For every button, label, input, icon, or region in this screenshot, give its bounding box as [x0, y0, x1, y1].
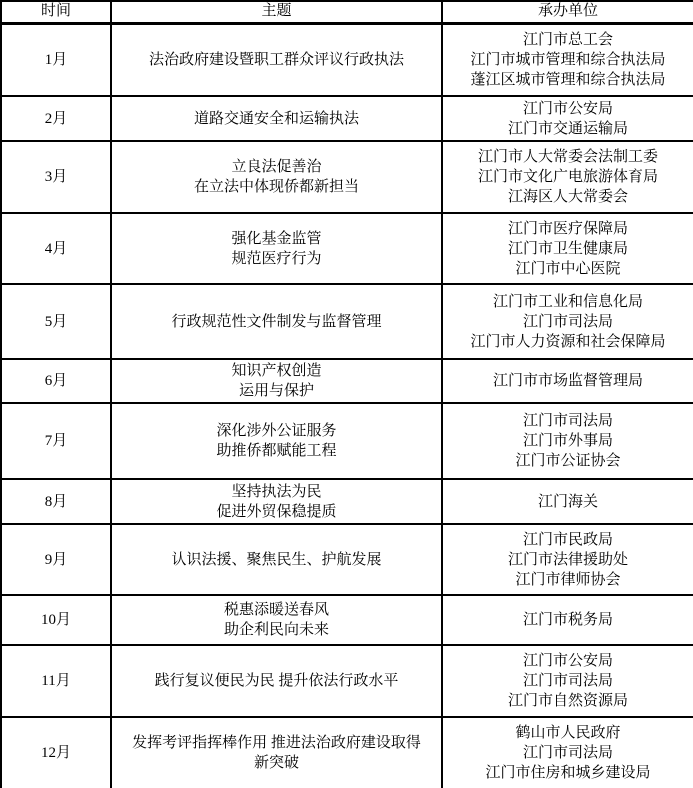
time-cell: 5月: [1, 284, 111, 359]
organizer-line: 江门市律师协会: [445, 570, 691, 590]
organizer-line: 江门市外事局: [445, 431, 691, 451]
organizer-line: 江门海关: [445, 492, 691, 512]
topic-line: 促进外贸保稳提质: [114, 502, 439, 522]
schedule-table: 时间 主题 承办单位 1月法治政府建设暨职工群众评议行政执法江门市总工会江门市城…: [0, 0, 693, 788]
topic-line: 助推侨都赋能工程: [114, 441, 439, 461]
topic-line: 规范医疗行为: [114, 249, 439, 269]
organizer-line: 江门市司法局: [445, 743, 691, 763]
column-header-organizer: 承办单位: [442, 1, 693, 23]
organizer-line: 江门市工业和信息化局: [445, 292, 691, 312]
organizer-line: 江门市税务局: [445, 610, 691, 630]
organizer-line: 江门市人大常委会法制工委: [445, 147, 691, 167]
table-row: 9月认识法援、聚焦民生、护航发展江门市民政局江门市法律援助处江门市律师协会: [1, 524, 693, 595]
organizer-line: 江门市住房和城乡建设局: [445, 763, 691, 783]
organizer-line: 江门市公安局: [445, 651, 691, 671]
topic-line: 在立法中体现侨都新担当: [114, 177, 439, 197]
topic-cell: 道路交通安全和运输执法: [111, 96, 442, 141]
organizer-line: 鹤山市人民政府: [445, 723, 691, 743]
organizer-line: 江门市司法局: [445, 671, 691, 691]
time-cell: 1月: [1, 23, 111, 96]
topic-line: 立良法促善治: [114, 157, 439, 177]
header-row: 时间 主题 承办单位: [1, 1, 693, 23]
organizer-line: 江门市法律援助处: [445, 550, 691, 570]
topic-line: 深化涉外公证服务: [114, 421, 439, 441]
time-cell: 6月: [1, 359, 111, 403]
organizer-line: 蓬江区城市管理和综合执法局: [445, 70, 691, 90]
time-cell: 2月: [1, 96, 111, 141]
organizer-line: 江门市公安局: [445, 99, 691, 119]
table-row: 11月践行复议便民为民 提升依法行政水平江门市公安局江门市司法局江门市自然资源局: [1, 645, 693, 717]
topic-cell: 践行复议便民为民 提升依法行政水平: [111, 645, 442, 717]
table-row: 8月坚持执法为民促进外贸保稳提质江门海关: [1, 479, 693, 524]
time-cell: 10月: [1, 595, 111, 645]
organizer-cell: 江门市工业和信息化局江门市司法局江门市人力资源和社会保障局: [442, 284, 693, 359]
time-cell: 8月: [1, 479, 111, 524]
topic-line: 认识法援、聚焦民生、护航发展: [114, 550, 439, 570]
organizer-cell: 江门市总工会江门市城市管理和综合执法局蓬江区城市管理和综合执法局: [442, 23, 693, 96]
organizer-cell: 江门市税务局: [442, 595, 693, 645]
column-header-time: 时间: [1, 1, 111, 23]
organizer-line: 江门市民政局: [445, 530, 691, 550]
topic-cell: 税惠添暖送春风助企利民向未来: [111, 595, 442, 645]
topic-cell: 深化涉外公证服务助推侨都赋能工程: [111, 403, 442, 479]
table-row: 7月深化涉外公证服务助推侨都赋能工程江门市司法局江门市外事局江门市公证协会: [1, 403, 693, 479]
organizer-cell: 江门市民政局江门市法律援助处江门市律师协会: [442, 524, 693, 595]
time-cell: 12月: [1, 717, 111, 788]
topic-line: 知识产权创造: [114, 361, 439, 381]
topic-cell: 立良法促善治在立法中体现侨都新担当: [111, 141, 442, 213]
topic-line: 行政规范性文件制发与监督管理: [114, 312, 439, 332]
organizer-cell: 江门市市场监督管理局: [442, 359, 693, 403]
organizer-cell: 江门市司法局江门市外事局江门市公证协会: [442, 403, 693, 479]
organizer-line: 江门市中心医院: [445, 259, 691, 279]
topic-cell: 法治政府建设暨职工群众评议行政执法: [111, 23, 442, 96]
topic-line: 道路交通安全和运输执法: [114, 109, 439, 129]
table-row: 2月道路交通安全和运输执法江门市公安局江门市交通运输局: [1, 96, 693, 141]
organizer-line: 江海区人大常委会: [445, 187, 691, 207]
organizer-line: 江门市文化广电旅游体育局: [445, 167, 691, 187]
table-row: 12月发挥考评指挥棒作用 推进法治政府建设取得新突破鹤山市人民政府江门市司法局江…: [1, 717, 693, 788]
organizer-line: 江门市城市管理和综合执法局: [445, 50, 691, 70]
topic-line: 新突破: [114, 753, 439, 773]
topic-line: 强化基金监管: [114, 229, 439, 249]
organizer-line: 江门市司法局: [445, 411, 691, 431]
organizer-line: 江门市公证协会: [445, 451, 691, 471]
topic-line: 发挥考评指挥棒作用 推进法治政府建设取得: [114, 733, 439, 753]
topic-line: 坚持执法为民: [114, 482, 439, 502]
organizer-cell: 江门市医疗保障局江门市卫生健康局江门市中心医院: [442, 213, 693, 284]
topic-cell: 行政规范性文件制发与监督管理: [111, 284, 442, 359]
organizer-line: 江门市交通运输局: [445, 119, 691, 139]
time-cell: 11月: [1, 645, 111, 717]
topic-line: 助企利民向未来: [114, 620, 439, 640]
table-row: 4月强化基金监管规范医疗行为江门市医疗保障局江门市卫生健康局江门市中心医院: [1, 213, 693, 284]
topic-line: 法治政府建设暨职工群众评议行政执法: [114, 50, 439, 70]
time-cell: 4月: [1, 213, 111, 284]
organizer-cell: 江门市公安局江门市司法局江门市自然资源局: [442, 645, 693, 717]
table-row: 3月立良法促善治在立法中体现侨都新担当江门市人大常委会法制工委江门市文化广电旅游…: [1, 141, 693, 213]
organizer-cell: 江门市公安局江门市交通运输局: [442, 96, 693, 141]
topic-line: 税惠添暖送春风: [114, 600, 439, 620]
time-cell: 3月: [1, 141, 111, 213]
organizer-cell: 江门市人大常委会法制工委江门市文化广电旅游体育局江海区人大常委会: [442, 141, 693, 213]
table-row: 6月知识产权创造运用与保护江门市市场监督管理局: [1, 359, 693, 403]
topic-line: 践行复议便民为民 提升依法行政水平: [114, 671, 439, 691]
table-body: 1月法治政府建设暨职工群众评议行政执法江门市总工会江门市城市管理和综合执法局蓬江…: [1, 23, 693, 788]
table-row: 10月税惠添暖送春风助企利民向未来江门市税务局: [1, 595, 693, 645]
time-cell: 9月: [1, 524, 111, 595]
organizer-line: 江门市医疗保障局: [445, 219, 691, 239]
table-row: 1月法治政府建设暨职工群众评议行政执法江门市总工会江门市城市管理和综合执法局蓬江…: [1, 23, 693, 96]
column-header-topic: 主题: [111, 1, 442, 23]
organizer-cell: 鹤山市人民政府江门市司法局江门市住房和城乡建设局: [442, 717, 693, 788]
time-cell: 7月: [1, 403, 111, 479]
organizer-line: 江门市总工会: [445, 30, 691, 50]
topic-cell: 坚持执法为民促进外贸保稳提质: [111, 479, 442, 524]
organizer-line: 江门市司法局: [445, 312, 691, 332]
topic-cell: 知识产权创造运用与保护: [111, 359, 442, 403]
organizer-line: 江门市自然资源局: [445, 691, 691, 711]
topic-cell: 强化基金监管规范医疗行为: [111, 213, 442, 284]
table-row: 5月行政规范性文件制发与监督管理江门市工业和信息化局江门市司法局江门市人力资源和…: [1, 284, 693, 359]
organizer-line: 江门市人力资源和社会保障局: [445, 332, 691, 352]
topic-cell: 认识法援、聚焦民生、护航发展: [111, 524, 442, 595]
topic-cell: 发挥考评指挥棒作用 推进法治政府建设取得新突破: [111, 717, 442, 788]
organizer-line: 江门市卫生健康局: [445, 239, 691, 259]
organizer-line: 江门市市场监督管理局: [445, 371, 691, 391]
topic-line: 运用与保护: [114, 381, 439, 401]
organizer-cell: 江门海关: [442, 479, 693, 524]
